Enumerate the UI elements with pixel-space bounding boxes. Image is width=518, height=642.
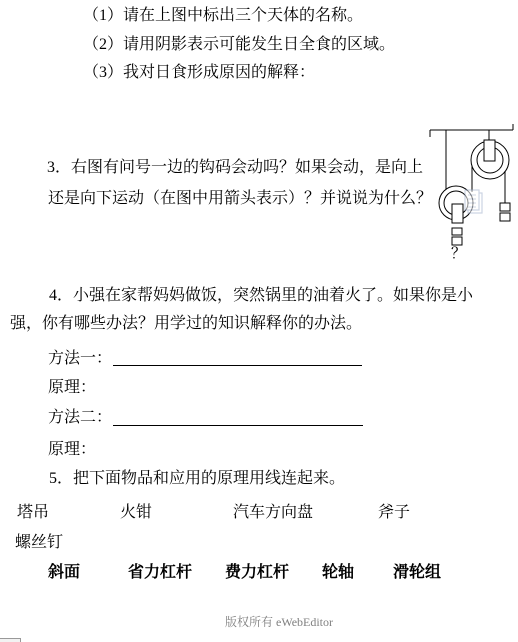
movable-pulley-hook	[452, 204, 463, 223]
match-object-screw[interactable]: 螺丝钉	[15, 534, 63, 552]
question4-line1: 4．小强在家帮妈妈做饭，突然锅里的油着火了。如果你是小	[49, 287, 473, 305]
watermark-document-icon	[465, 190, 482, 213]
method1-blank[interactable]	[113, 350, 362, 366]
match-object-axe[interactable]: 斧子	[378, 504, 410, 522]
principle2-label: 原理：	[48, 441, 96, 459]
match-object-steering-wheel[interactable]: 汽车方向盘	[233, 504, 313, 522]
match-principle-effort-saving-lever[interactable]: 省力杠杆	[128, 564, 192, 582]
principle1-label: 原理：	[48, 379, 96, 397]
fixed-pulley-bracket	[484, 140, 495, 161]
method1-label: 方法一：	[48, 350, 112, 368]
right-weight-2	[500, 213, 510, 221]
question4-line2: 强，你有哪些办法？用学过的知识解释你的办法。	[10, 315, 362, 333]
question-mark-label: ？	[451, 246, 466, 262]
left-weight-2	[452, 237, 462, 245]
match-principle-pulley-system[interactable]: 滑轮组	[393, 564, 441, 582]
left-weight-1	[452, 228, 462, 235]
match-principle-wheel-axle[interactable]: 轮轴	[322, 564, 354, 582]
match-object-fire-tongs[interactable]: 火钳	[120, 504, 152, 522]
match-object-tower-crane[interactable]: 塔吊	[17, 504, 49, 522]
question5-title: 5．把下面物品和应用的原理用线连起来。	[49, 470, 345, 488]
match-principle-effort-costing-lever[interactable]: 费力杠杆	[225, 564, 289, 582]
copyright-watermark: 版权所有 eWebEditor	[225, 615, 333, 629]
match-principle-inclined-plane[interactable]: 斜面	[48, 564, 80, 582]
method2-label: 方法二：	[48, 409, 112, 427]
pulley-diagram-lines	[430, 124, 513, 245]
method2-blank[interactable]	[113, 410, 363, 426]
page-corner-box	[0, 638, 21, 642]
right-weight-1	[500, 203, 510, 211]
worksheet-page: （1）请在上图中标出三个天体的名称。 （2）请用阴影表示可能发生日全食的区域。 …	[0, 0, 518, 642]
